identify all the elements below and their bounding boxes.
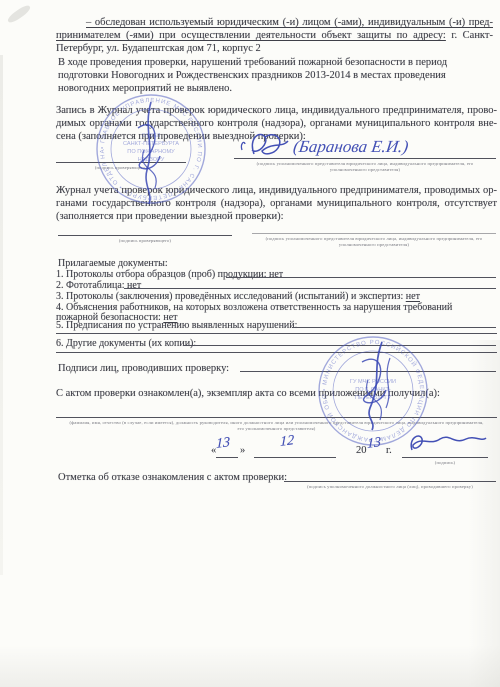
act-signature — [402, 430, 490, 457]
signature-over-stamp-1 — [124, 98, 176, 208]
caption-sign: (подпись) — [412, 460, 478, 466]
fill-line-date-day — [216, 457, 238, 458]
signature-over-stamp-2 — [338, 336, 410, 436]
fill-line-item-6-continuation — [56, 352, 497, 353]
scan-right-shading — [468, 340, 500, 687]
date-quote-close: » — [240, 444, 245, 457]
representative-signature: (Баранова Е.И.) — [238, 128, 492, 160]
handwritten-day: 13 — [216, 435, 230, 453]
scan-bottom-shading — [0, 645, 500, 687]
caption-inspector-signature-2: (подпись проверяющего) — [58, 238, 232, 244]
representative-signature-name: (Баранова Е.И.) — [292, 137, 410, 156]
caption-representative-1: (подпись уполномоченного представителя ю… — [234, 161, 496, 167]
handwritten-month: 12 — [280, 433, 294, 451]
caption-representative-2: уполномоченного представителя) — [234, 167, 496, 173]
fill-line-representative-2 — [252, 233, 496, 234]
fill-line-inspector-signature-2 — [58, 235, 232, 236]
inspected-object-line1: – обследован используемый юридическим (-… — [86, 17, 493, 28]
caption-refusal: (подпись уполномоченного должностного ли… — [284, 484, 496, 490]
fill-line-date-month — [254, 457, 336, 458]
address-line: Петербург, ул. Будапештская дом 71, корп… — [56, 42, 493, 55]
journal-absent-line3: (заполняется при проведении выездной про… — [56, 210, 497, 223]
fill-line-item-5-continuation — [56, 333, 497, 334]
paragraph-inspection-result: В ходе проведения проверки, нарушений тр… — [58, 56, 495, 96]
inspected-object-line2-rest: г. Санкт- — [446, 30, 493, 41]
refusal-label: Отметка об отказе ознакомления с актом п… — [58, 471, 287, 484]
fill-line-act-signature — [402, 457, 488, 458]
caption-acknowledgement-1: (фамилия, имя, отчество (в случае, если … — [56, 420, 497, 426]
scan-smudge — [6, 3, 32, 24]
fill-line-item-1 — [226, 277, 496, 278]
scan-edge-streak — [0, 55, 3, 575]
result-line1: В ходе проведения проверки, нарушений тр… — [58, 56, 495, 69]
caption-representative-3: (подпись уполномоченного представителя ю… — [252, 236, 496, 242]
inspected-object-line2-underlined: принимателем (-ями) при осуществлении де… — [56, 30, 446, 41]
caption-representative-4: уполномоченного представителя) — [252, 242, 496, 248]
fill-line-item-2 — [124, 288, 496, 289]
scanned-document-page: – обследован используемый юридическим (-… — [0, 0, 500, 687]
attached-doc-item-6: 6. Другие документы (их копии): — [56, 337, 196, 350]
paragraph-inspected-object: – обследован используемый юридическим (-… — [56, 16, 493, 56]
fill-line-item-5 — [292, 327, 496, 328]
fill-line-acknowledgement — [56, 417, 497, 418]
fill-line-refusal — [284, 481, 496, 482]
result-line2: подготовки Новогодних и Рождественских п… — [58, 69, 495, 82]
inspectors-signatures-heading: Подписи лиц, проводивших проверку: — [58, 362, 229, 375]
attached-doc-item-5: 5. Предписания по устранению выявленных … — [56, 319, 297, 332]
